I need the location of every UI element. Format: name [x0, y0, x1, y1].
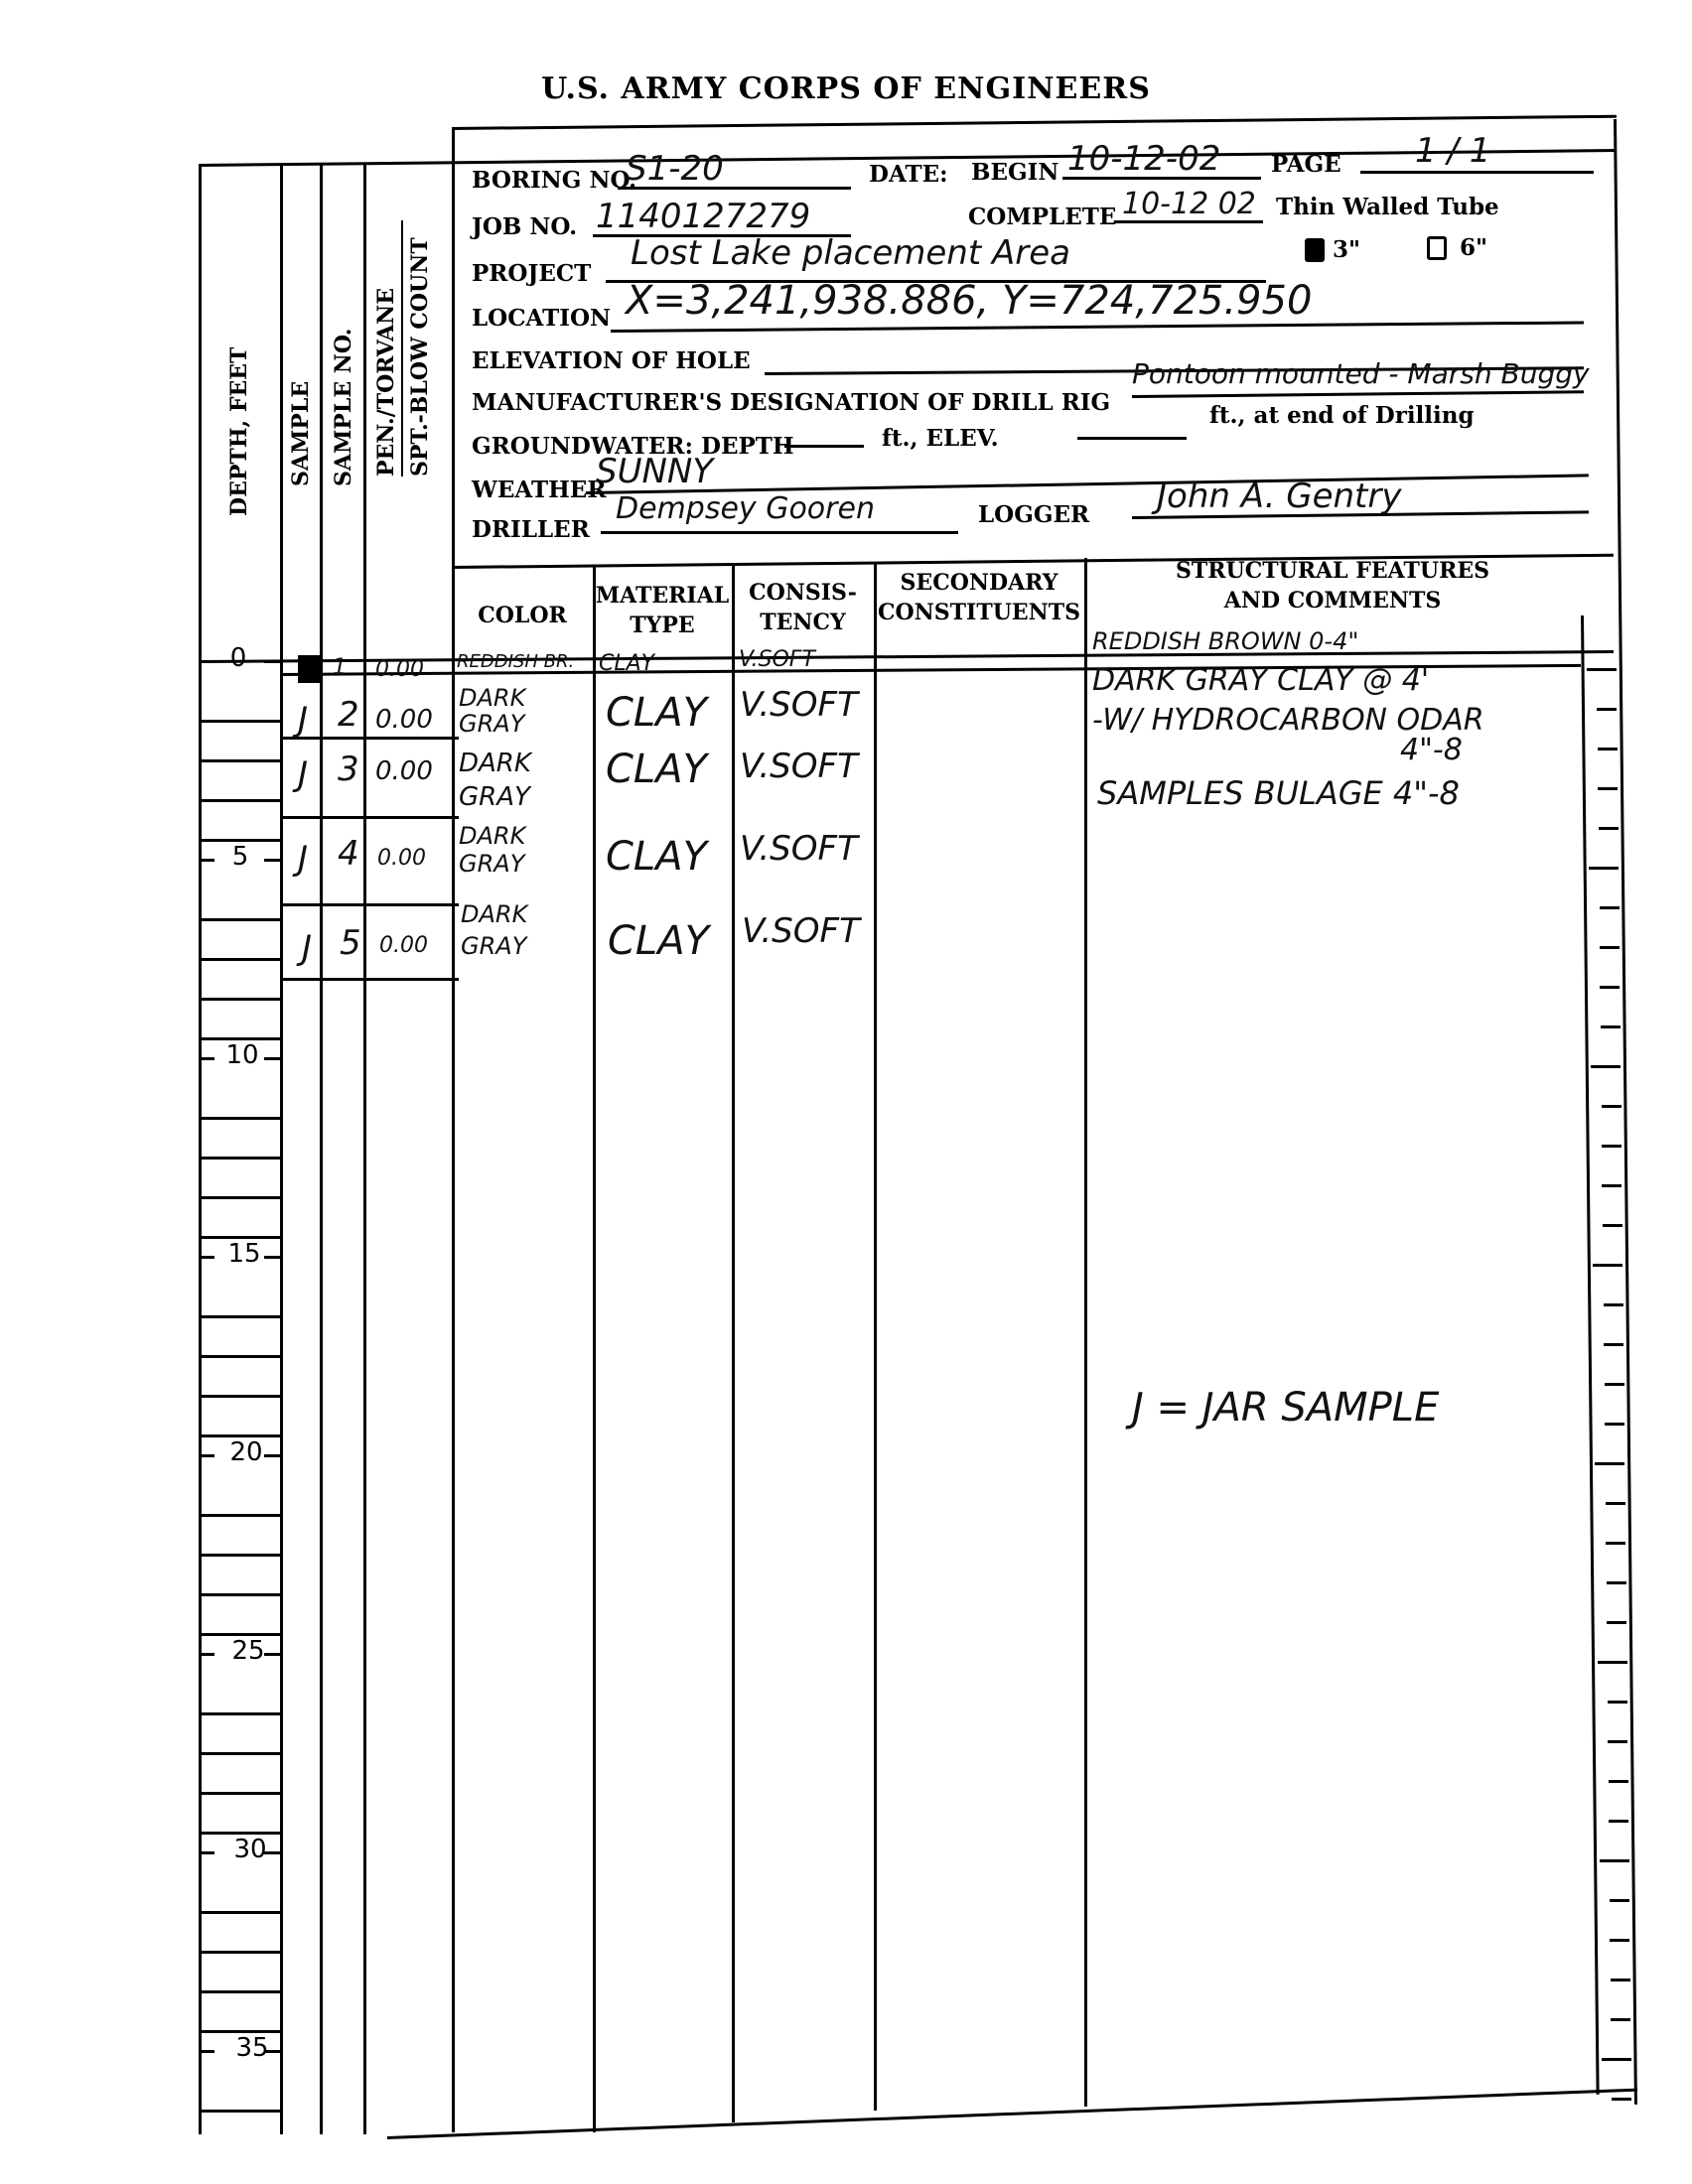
depth-label-35: 35 [212, 2033, 292, 2063]
page-label: PAGE [1271, 151, 1341, 178]
depth-major-tick [199, 1653, 214, 1656]
right-scale-tick [1597, 708, 1617, 711]
depth-ruling-line [199, 1395, 280, 1398]
comment-line-5: SAMPLES BULAGE 4"-8 [1097, 774, 1460, 812]
right-scale-tick [1605, 1383, 1624, 1386]
comment-line-4: 4"-8 [1400, 733, 1463, 767]
comment-line-1: REDDISH BROWN 0-4" [1092, 627, 1358, 655]
right-scale-tick [1607, 1621, 1626, 1624]
tube-6in-checkbox[interactable] [1427, 236, 1447, 260]
complete-date-underline [1114, 220, 1263, 223]
right-scale-tick [1602, 1145, 1621, 1148]
comment-line-2: DARK GRAY CLAY @ 4' [1092, 663, 1429, 698]
sample-4-color: DARK GRAY [459, 822, 588, 878]
right-scale-tick [1609, 1820, 1628, 1823]
weather-label: WEATHER [472, 477, 606, 503]
depth-major-tick [264, 660, 280, 663]
secondary-header-line1: SECONDARY [874, 568, 1084, 598]
depth-major-tick [264, 1256, 280, 1259]
location-value: X=3,241,938.886, Y=724,725.950 [626, 278, 1312, 324]
consistency-header-line1: CONSIS- [732, 578, 874, 608]
depth-ruling-line [199, 759, 280, 762]
depth-ruling-line [199, 998, 280, 1001]
depth-ruling-line [199, 1832, 280, 1835]
depth-ruling-line [199, 1514, 280, 1517]
location-label: LOCATION [472, 305, 611, 332]
sample-3-pen: 0.00 [375, 756, 433, 786]
pen-divider-line [401, 220, 403, 477]
right-scale-tick [1606, 1542, 1625, 1545]
depth-ruling-line [199, 2110, 280, 2113]
depth-ruling-line [199, 1712, 280, 1715]
right-scale-tick [1600, 906, 1620, 909]
sampleno-column-right [363, 164, 366, 2134]
depth-ruling-line [199, 2030, 280, 2033]
secondary-header: SECONDARY CONSTITUENTS [874, 568, 1084, 627]
depth-ruling-line [199, 958, 280, 961]
depth-major-tick [264, 1454, 280, 1457]
depth-ruling-line [199, 720, 280, 723]
complete-date-value: 10-12 02 [1122, 187, 1256, 221]
secondary-column-right [1084, 558, 1087, 2107]
depth-ruling-line [199, 1434, 280, 1437]
right-scale-tick [1598, 748, 1618, 751]
depth-label-15: 15 [205, 1239, 284, 1269]
sample-3-material: CLAY [606, 747, 707, 792]
structural-header-line2: AND COMMENTS [1084, 586, 1581, 615]
job-no-label: JOB NO. [472, 213, 577, 240]
elevation-label: ELEVATION OF HOLE [472, 347, 751, 374]
depth-label-0: 0 [199, 643, 278, 673]
depth-label-20: 20 [207, 1437, 286, 1467]
drill-rig-label: MANUFACTURER'S DESIGNATION OF DRILL RIG [472, 389, 1110, 416]
depth-ruling-line [199, 1792, 280, 1795]
depth-ruling-line [199, 1117, 280, 1120]
driller-value: Dempsey Gooren [616, 491, 875, 526]
sample-1-no: 1 [333, 655, 347, 680]
depth-major-tick [199, 660, 214, 663]
sample-5-marker: J [302, 928, 312, 968]
frame-right-line [1614, 119, 1637, 2105]
sample-2-consistency: V.SOFT [740, 685, 858, 725]
sample-2-marker: J [298, 700, 308, 740]
sample-4-pen: 0.00 [377, 846, 426, 871]
right-scale-tick [1595, 1462, 1624, 1465]
sample-2-no: 2 [338, 695, 359, 735]
depth-major-tick [264, 859, 280, 862]
sample-3-color: DARK GRAY [459, 747, 588, 814]
right-scale-tick [1602, 1184, 1621, 1187]
depth-ruling-line [199, 1355, 280, 1358]
sample-1-consistency: V.SOFT [739, 647, 815, 672]
sample-4-consistency: V.SOFT [740, 829, 858, 869]
sample-5-pen: 0.00 [379, 933, 428, 958]
depth-ruling-line [199, 1236, 280, 1239]
ft-elev-label: ft., ELEV. [882, 425, 999, 452]
depth-major-tick [199, 1256, 214, 1259]
consistency-header: CONSIS- TENCY [732, 578, 874, 637]
right-scale-tick [1600, 986, 1620, 989]
color-header-text: COLOR [452, 601, 593, 630]
boring-no-value: S1-20 [626, 149, 724, 189]
right-scale-tick [1604, 1303, 1623, 1306]
depth-major-tick [199, 859, 214, 862]
right-scale-tick [1601, 1025, 1621, 1028]
sample-3-consistency: V.SOFT [740, 747, 858, 786]
right-scale-tick [1598, 1661, 1627, 1664]
depth-major-tick [264, 1057, 280, 1060]
project-label: PROJECT [472, 260, 591, 287]
depth-ruling-line [199, 1157, 280, 1160]
begin-label: BEGIN [971, 159, 1058, 186]
right-scale-tick [1599, 827, 1619, 830]
right-scale-tick [1591, 1065, 1621, 1068]
tube-3in-label: 3" [1333, 236, 1360, 263]
depth-ruling-line [199, 1990, 280, 1993]
frame-bottom-line [387, 2089, 1637, 2139]
sample-1-color: REDDISH BR. [457, 651, 574, 672]
depth-major-tick [199, 2050, 214, 2053]
right-scale-tick [1609, 1780, 1628, 1783]
sample-1-marker [298, 655, 320, 683]
tube-6in-label: 6" [1460, 234, 1487, 261]
material-header-line2: TYPE [593, 611, 732, 640]
frame-top-line-header [452, 115, 1617, 130]
depth-ruling-line [199, 1911, 280, 1914]
sample-2-color: DARK GRAY [459, 685, 588, 737]
depth-column-header: DEPTH, FEET [226, 347, 252, 516]
sample-row-divider-2 [280, 816, 459, 819]
depth-major-tick [264, 1851, 280, 1854]
drill-rig-value: Pontoon mounted - Marsh Buggy [1132, 357, 1590, 390]
material-header: MATERIAL TYPE [593, 581, 732, 640]
right-scale-tick [1600, 946, 1620, 949]
project-value: Lost Lake placement Area [631, 233, 1070, 273]
logger-value: John A. Gentry [1157, 477, 1401, 516]
sample-5-material: CLAY [608, 918, 709, 964]
begin-date-value: 10-12-02 [1067, 139, 1220, 179]
sample-1-material: CLAY [599, 651, 654, 676]
sample-4-marker: J [298, 839, 308, 879]
depth-label-10: 10 [203, 1040, 282, 1070]
right-scale-tick [1598, 787, 1618, 790]
right-scale-tick [1610, 1939, 1629, 1942]
right-scale-tick [1604, 1343, 1623, 1346]
depth-ruling-line [199, 1633, 280, 1636]
boring-no-label: BORING NO. [472, 167, 636, 194]
right-scale-tick [1602, 2058, 1631, 2061]
depth-ruling-line [199, 799, 280, 802]
depth-label-5: 5 [201, 842, 280, 872]
right-scale-tick [1610, 1899, 1629, 1902]
sample-4-no: 4 [338, 834, 359, 874]
depth-major-tick [199, 1454, 214, 1457]
right-scale-tick [1612, 2098, 1631, 2101]
right-scale-tick [1589, 867, 1619, 870]
sample-no-column-header: SAMPLE NO. [331, 329, 356, 486]
tube-3in-checkbox[interactable] [1305, 238, 1325, 262]
sample-4-material: CLAY [606, 834, 707, 880]
right-scale-tick [1603, 1224, 1622, 1227]
depth-major-tick [199, 1057, 214, 1060]
sample-3-marker: J [298, 754, 308, 794]
depth-label-25: 25 [209, 1636, 288, 1666]
structural-header: STRUCTURAL FEATURES AND COMMENTS [1084, 556, 1581, 615]
boring-no-underline [618, 187, 851, 190]
depth-ruling-line [199, 1593, 280, 1596]
depth-ruling-line [199, 1752, 280, 1755]
material-column-right [732, 564, 735, 2122]
right-scale-tick [1607, 1581, 1626, 1584]
right-scale-tick [1593, 1264, 1622, 1267]
sample-row-divider-3 [280, 903, 459, 906]
jar-sample-legend: J = JAR SAMPLE [1132, 1385, 1439, 1431]
scale-right-column-left [1581, 615, 1600, 2095]
job-no-value: 1140127279 [596, 197, 810, 236]
sample-5-no: 5 [340, 923, 361, 963]
right-scale-tick [1611, 2018, 1630, 2021]
sample-2-material: CLAY [606, 690, 707, 736]
pen-torvane-header: PEN./TORVANE [373, 288, 399, 477]
depth-ruling-line [199, 1951, 280, 1954]
sample-5-color: DARK GRAY [461, 898, 590, 962]
depth-major-tick [199, 1851, 214, 1854]
tube-label: Thin Walled Tube [1276, 194, 1499, 220]
right-scale-tick [1606, 1502, 1625, 1505]
weather-value: SUNNY [596, 452, 713, 491]
depth-ruling-line [199, 1037, 280, 1040]
groundwater-elev-underline [1077, 437, 1187, 440]
driller-label: DRILLER [472, 516, 590, 543]
page-underline [1360, 171, 1594, 174]
logger-label: LOGGER [978, 501, 1089, 528]
sample-3-no: 3 [338, 750, 359, 789]
depth-ruling-line [199, 1554, 280, 1557]
depth-ruling-line [199, 1315, 280, 1318]
depth-major-tick [264, 1653, 280, 1656]
sample-2-pen: 0.00 [375, 705, 433, 735]
depth-ruling-line [199, 1196, 280, 1199]
color-header: COLOR [452, 601, 593, 630]
date-label: DATE: [869, 161, 948, 188]
pen-column-right [452, 127, 455, 2132]
depth-ruling-line [199, 839, 280, 842]
right-scale-tick [1602, 1105, 1621, 1108]
secondary-header-line2: CONSTITUENTS [874, 598, 1084, 627]
color-column-right [593, 566, 596, 2132]
sample-column-right [320, 164, 323, 2134]
depth-ruling-line [199, 918, 280, 921]
spt-blow-count-header: SPT.-BLOW COUNT [407, 237, 433, 477]
end-of-drilling-label: ft., at end of Drilling [1209, 402, 1475, 429]
sample-5-consistency: V.SOFT [742, 911, 860, 951]
right-scale-tick [1600, 1859, 1629, 1862]
frame-left-line [199, 164, 202, 2134]
consistency-column-right [874, 562, 877, 2111]
complete-label: COMPLETE [968, 204, 1116, 230]
right-scale-tick [1608, 1701, 1627, 1704]
right-scale-tick [1587, 668, 1617, 671]
sample-1-pen: 0.00 [375, 657, 424, 682]
right-scale-tick [1605, 1423, 1624, 1426]
begin-date-underline [1062, 177, 1261, 180]
sample-row-divider-4 [280, 978, 459, 981]
sample-column-header: SAMPLE [288, 381, 314, 486]
page-value: 1 / 1 [1415, 131, 1490, 171]
depth-major-tick [264, 2050, 280, 2053]
right-scale-tick [1608, 1740, 1627, 1743]
consistency-header-line2: TENCY [732, 608, 874, 637]
right-scale-tick [1611, 1979, 1630, 1981]
material-header-line1: MATERIAL [593, 581, 732, 611]
depth-label-30: 30 [211, 1835, 290, 1864]
drill-rig-underline [1132, 390, 1584, 398]
driller-underline [601, 531, 958, 534]
structural-header-line1: STRUCTURAL FEATURES [1084, 556, 1581, 586]
groundwater-depth-underline [784, 445, 864, 448]
page-title: U.S. ARMY CORPS OF ENGINEERS [0, 71, 1692, 106]
